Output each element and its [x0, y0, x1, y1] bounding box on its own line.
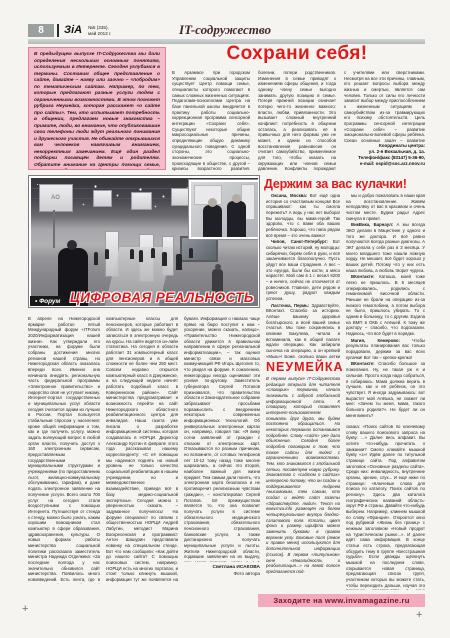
contact-email: e-mail: ospid@soc.arz.nnov.ru [344, 161, 425, 167]
intro-text: В предыдущем выпуске IT-Содружества мы д… [34, 52, 160, 170]
letter-item: ВикВика, Барнаул: А мы всегда ЭКО делали… [346, 222, 425, 273]
person-silhouette [176, 254, 182, 270]
save-article-column-3: с учителями или сверстниками. Несмотря н… [344, 70, 425, 142]
author-name: Светлана ИСАКОВА [213, 565, 260, 570]
sign-pole [53, 210, 55, 248]
person-silhouette [105, 249, 109, 259]
person-silhouette [151, 248, 155, 258]
letter-author: ВКонтакте: [351, 274, 375, 279]
fists-article-column-2: мы и добро пожаловать в наши края на вос… [346, 193, 425, 421]
inset-person [227, 201, 246, 237]
letter-author: Магия, Кемерово: [351, 338, 400, 343]
letter-text: Вот сколько читаю историй, ну молодцы: с… [266, 239, 340, 301]
crop-mark-left: + [22, 603, 28, 615]
inset-photo-officials [189, 180, 258, 239]
letter-text: Спасибо большое за пожелания. Ну, не так… [346, 361, 425, 417]
person-silhouette [162, 252, 167, 266]
save-article-column-1: В Арзамасе при городском Управлении соци… [172, 70, 250, 171]
letter-item: ВКонтакте: Спасибо большое за пожелания.… [346, 361, 425, 418]
letter-item: Чипов, Санкт-Петербург: Вот сколько чита… [266, 239, 340, 301]
screen-content [182, 238, 216, 260]
letter-author: ВКонтакте: [351, 361, 375, 366]
article-byline: Светлана ИСАКОВА Фото автора [184, 564, 260, 577]
neumeyka-column-1: В первом выпуске IT-Содружества редакция… [266, 376, 340, 591]
inset-person [203, 205, 222, 237]
crop-mark-right: + [416, 609, 422, 621]
digital-article-column-3: бумаги. Информация о наказах чаще прямо … [184, 316, 260, 562]
letter-author: Чипов, Санкт-Петербург: [271, 239, 328, 244]
fists-article-column-1: Оксана, Москва: Вот ещё одна история со … [266, 193, 340, 358]
letter-item: Ласточка, Пермь: Здравствуйте, ВКонтакт.… [266, 303, 340, 358]
letter-item: Магия, Кемерово: Чтобы результаты планир… [346, 338, 425, 361]
person-silhouette [139, 250, 143, 262]
rubric-tag-forum: • Форум [30, 296, 65, 306]
photo-credit: Фото автора [234, 571, 260, 576]
neumeyka-column-2: сказка: «Поиск сайтов по ключевому слову… [346, 424, 425, 590]
article-title-digital-reality: ЦИФРОВАЯ РЕАЛЬНОСТЬ [70, 290, 254, 305]
digital-article-column-2: компьютерные классы для пенсионеров, кот… [106, 316, 178, 584]
letter-author: Оксана, Москва: [271, 193, 307, 198]
letter-text: Катюша, моей тоже легко не пришлось. В 5… [346, 274, 425, 336]
person-silhouette [130, 249, 134, 259]
article-title-save-yourself: Сохрани себя! [168, 43, 426, 65]
letter-text: А мы всегда ЭКО делали в Мацестине у одн… [346, 222, 425, 272]
ceiling-lights [37, 184, 38, 185]
letter-author: Ласточка, Пермь: [271, 303, 309, 308]
article-title-fists: Держим за вас кулачки! [264, 177, 426, 191]
letter-text: мы и добро пожаловать в наши края на вос… [346, 193, 425, 221]
forum-photo: АО [28, 175, 260, 308]
display-screen [180, 236, 218, 262]
hanging-sign [131, 192, 152, 210]
contact-block: Координаты центра: ул. 2-я Вокзальная, д… [344, 143, 425, 167]
person-silhouette [189, 248, 193, 258]
digital-article-column-1: В апреле на Нижегородской ярмарке работа… [28, 316, 100, 584]
editor-intro-box: В предыдущем выпуске IT-Содружества мы д… [28, 47, 166, 170]
letter-item: Оксана, Москва: Вот ещё одна история со … [266, 193, 340, 238]
letter-author: ВикВика, Барнаул: [351, 222, 393, 227]
person-silhouette [94, 252, 98, 265]
exhibition-hall-scene: АО [31, 178, 258, 306]
save-article-column-2: болезни, потери родственников. Изменения… [258, 70, 336, 171]
letter-text: Вот ещё одна история со счастливым концо… [266, 193, 340, 238]
website-banner: Заходите на www.invamagazine.ru [258, 594, 425, 607]
newspaper-page: 8 ЗіА №5 (335), май 2012 г. IT-содружест… [0, 0, 450, 638]
rubric-title-neumeyka: NЕУМЕЙКА [266, 360, 340, 374]
hanging-sign [93, 190, 112, 207]
hanging-sign: АО [39, 184, 73, 212]
letter-item: ВКонтакте: Катюша, моей тоже легко не пр… [346, 274, 425, 336]
letter-text: Здравствуйте, ВКонтакт. Спасибо за истор… [266, 303, 340, 358]
section-title: IT-содружество [0, 22, 450, 38]
letter-item: мы и добро пожаловать в наши края на вос… [346, 193, 425, 221]
